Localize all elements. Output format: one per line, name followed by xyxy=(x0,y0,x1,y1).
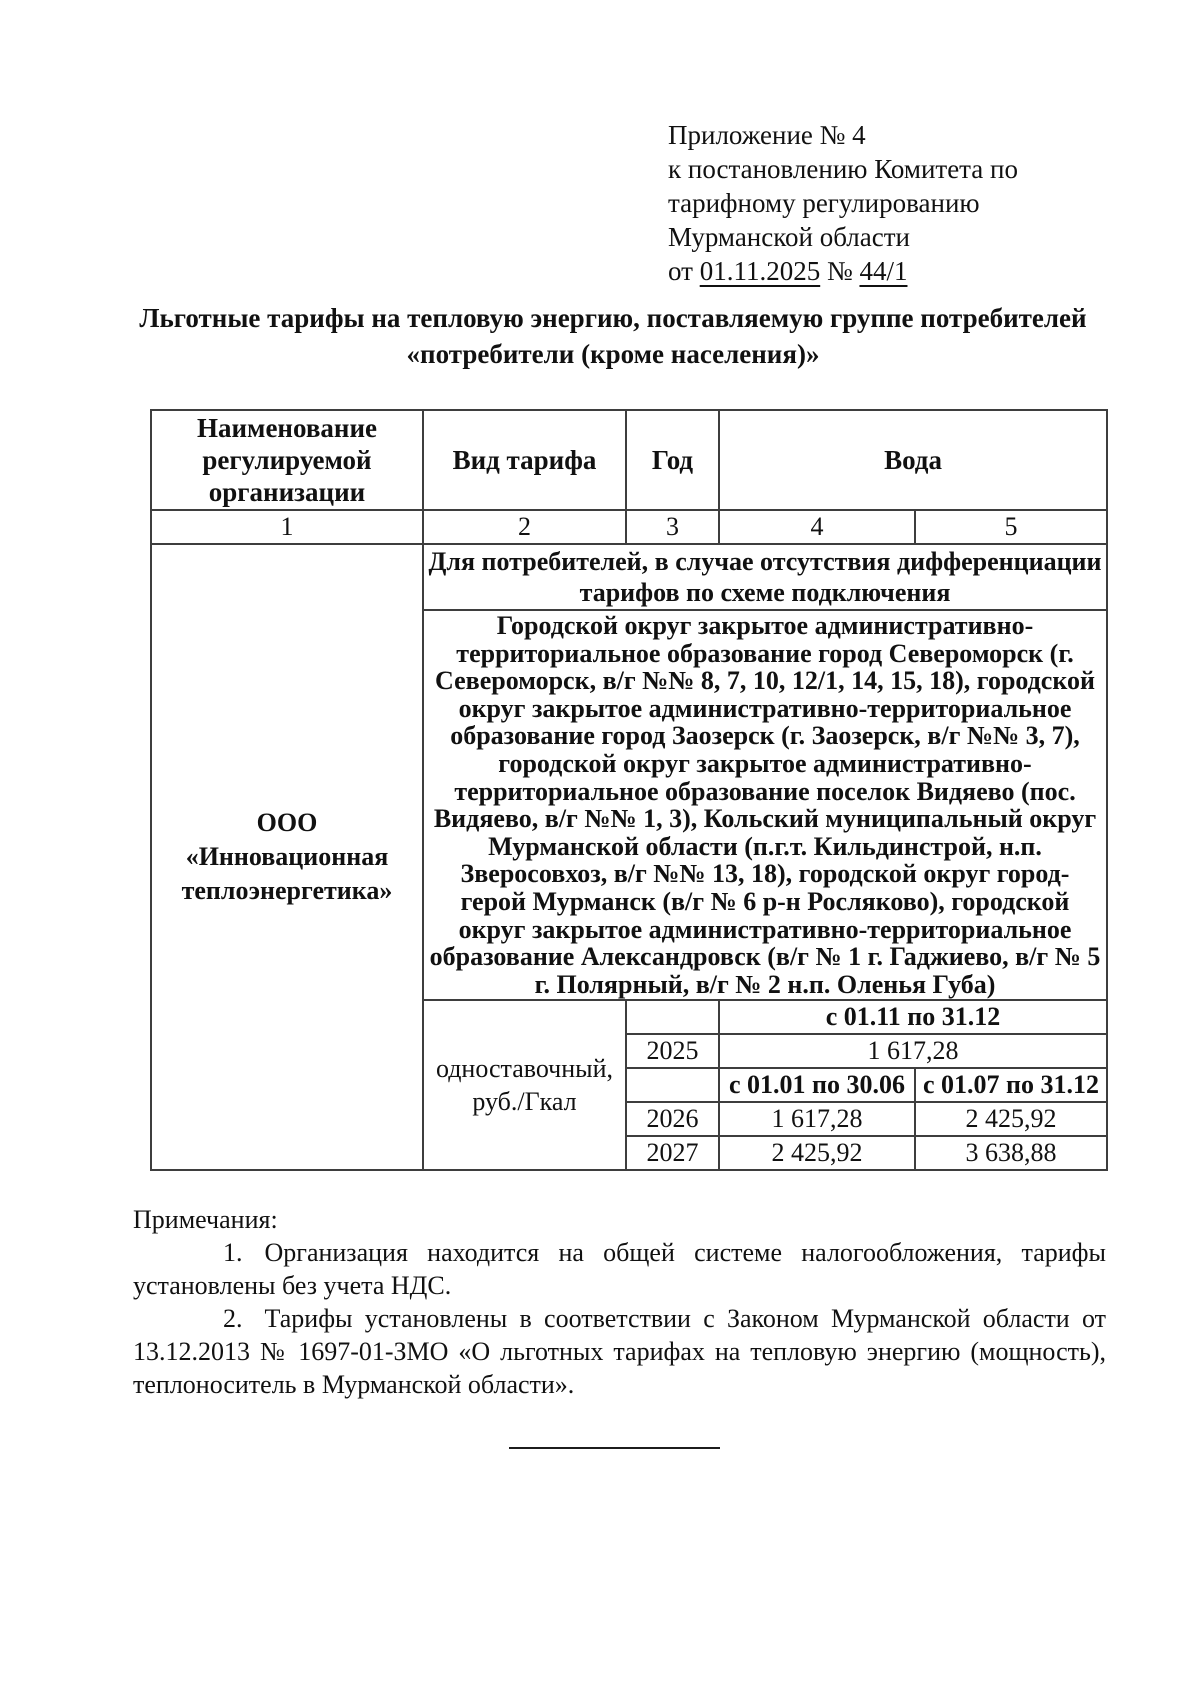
note-2-text: Тарифы установлены в соответствии с Зако… xyxy=(133,1304,1106,1399)
consumer-case-row: ООО «Инновационная теплоэнергетика» Для … xyxy=(151,544,1107,610)
consumer-case-cell: Для потребителей, в случае отсутствия ди… xyxy=(423,544,1107,610)
appendix-header: Приложение № 4 к постановлению Комитета … xyxy=(668,118,1138,288)
column-numbers-row: 1 2 3 4 5 xyxy=(151,510,1107,544)
period-2025-cell: с 01.11 по 31.12 xyxy=(719,1000,1107,1034)
year-cell-empty xyxy=(626,1000,719,1034)
appendix-line: Мурманской области xyxy=(668,220,1138,254)
column-number: 3 xyxy=(626,510,719,544)
note-1-text: Организация находится на общей системе н… xyxy=(133,1238,1106,1300)
table-header-row: Наименование регулируемой организации Ви… xyxy=(151,410,1107,510)
signature-line xyxy=(509,1447,720,1449)
year-2027: 2027 xyxy=(626,1136,719,1170)
year-cell-empty xyxy=(626,1068,719,1102)
year-2025: 2025 xyxy=(626,1034,719,1068)
tariff-kind-cell: одноставочный, руб./Гкал xyxy=(423,1000,626,1170)
header-tariff-type: Вид тарифа xyxy=(423,410,626,510)
page-title: Льготные тарифы на тепловую энергию, пос… xyxy=(113,300,1113,372)
appendix-line: Приложение № 4 xyxy=(668,118,1138,152)
note-2-number: 2. xyxy=(223,1304,265,1333)
date-prefix: от xyxy=(668,256,693,286)
column-number: 2 xyxy=(423,510,626,544)
tariff-table: Наименование регулируемой организации Ви… xyxy=(150,409,1108,1171)
column-number: 5 xyxy=(915,510,1107,544)
value-2027-h2: 3 638,88 xyxy=(915,1136,1107,1170)
notes-heading: Примечания: xyxy=(133,1203,1106,1236)
header-organization: Наименование регулируемой организации xyxy=(151,410,423,510)
period-first-half: с 01.01 по 30.06 xyxy=(719,1068,915,1102)
decree-date: 01.11.2025 xyxy=(700,256,821,286)
note-1: 1.Организация находится на общей системе… xyxy=(133,1236,1106,1302)
period-second-half: с 01.07 по 31.12 xyxy=(915,1068,1107,1102)
territory-cell: Городской округ закрытое административно… xyxy=(423,610,1107,1000)
note-2: 2.Тарифы установлены в соответствии с За… xyxy=(133,1302,1106,1401)
decree-number: 44/1 xyxy=(859,256,907,286)
appendix-line: к постановлению Комитета по xyxy=(668,152,1138,186)
number-sign: № xyxy=(827,256,853,286)
column-number: 4 xyxy=(719,510,915,544)
appendix-date-line: от 01.11.2025 № 44/1 xyxy=(668,254,1138,288)
document-page: Приложение № 4 к постановлению Комитета … xyxy=(0,0,1200,1696)
appendix-line: тарифному регулированию xyxy=(668,186,1138,220)
organization-name-cell: ООО «Инновационная теплоэнергетика» xyxy=(151,544,423,1170)
value-2026-h2: 2 425,92 xyxy=(915,1102,1107,1136)
year-2026: 2026 xyxy=(626,1102,719,1136)
value-2026-h1: 1 617,28 xyxy=(719,1102,915,1136)
header-year: Год xyxy=(626,410,719,510)
notes-section: Примечания: 1.Организация находится на о… xyxy=(133,1203,1106,1401)
value-2025: 1 617,28 xyxy=(719,1034,1107,1068)
header-water: Вода xyxy=(719,410,1107,510)
value-2027-h1: 2 425,92 xyxy=(719,1136,915,1170)
column-number: 1 xyxy=(151,510,423,544)
note-1-number: 1. xyxy=(223,1238,265,1267)
